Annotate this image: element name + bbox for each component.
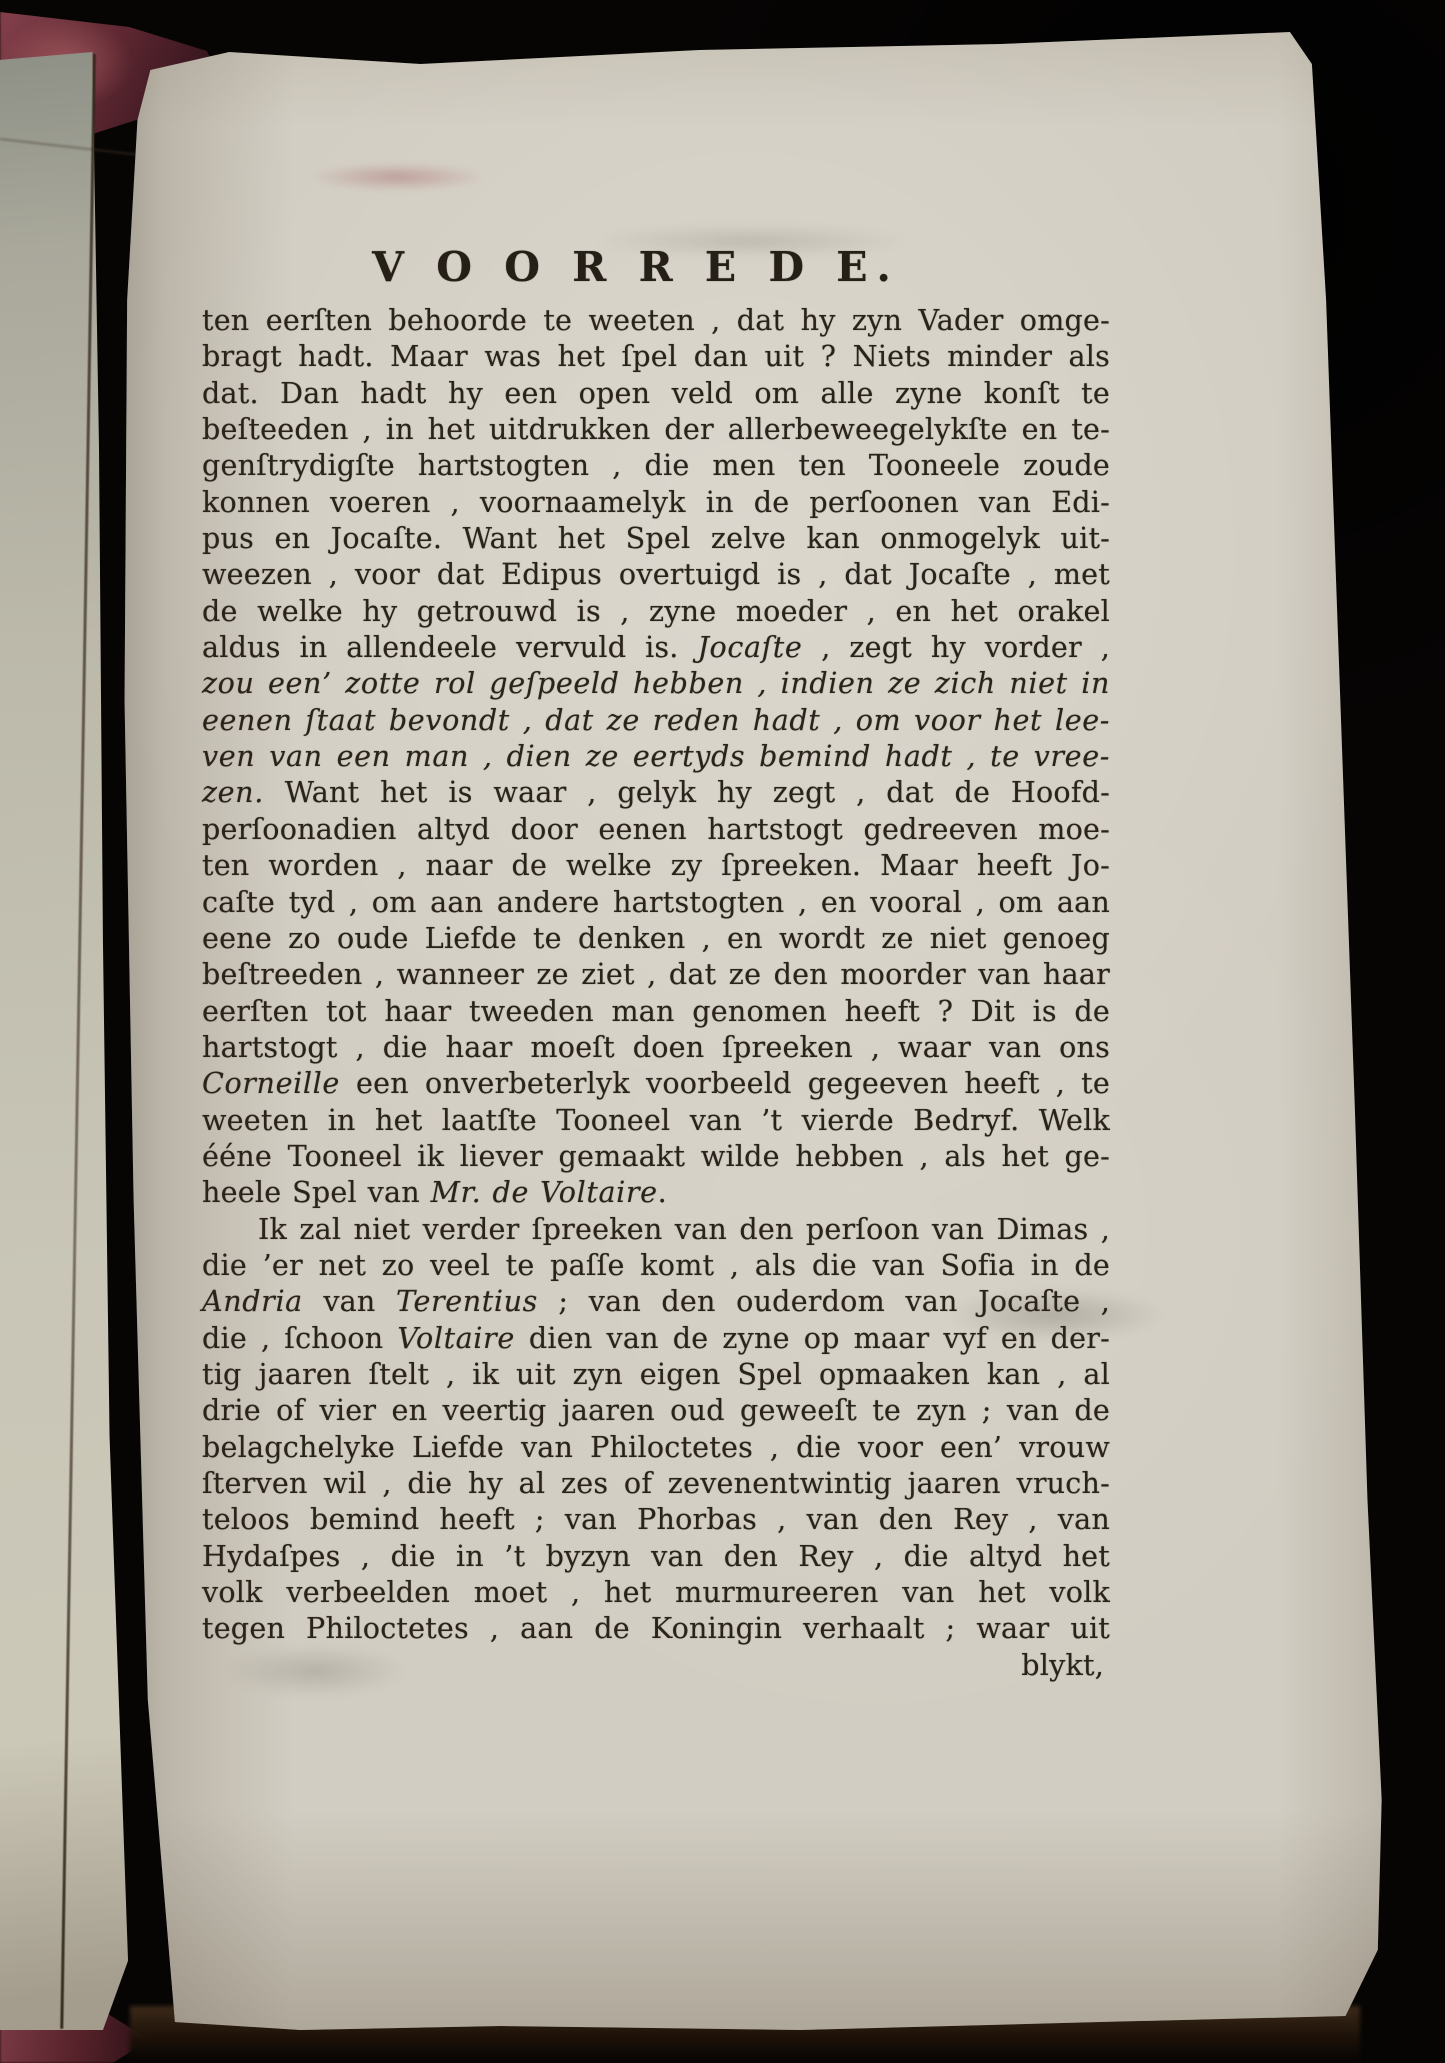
text-line: ten eerſten behoorde te weeten , dat hy …	[202, 302, 1110, 338]
text-segment: van	[303, 1284, 396, 1318]
text-line: ven van een man , dien ze eertyds bemind…	[202, 738, 1110, 774]
text-line: konnen voeren , voornaamelyk in de perſo…	[202, 484, 1110, 520]
italic-text-segment: Jocaſte	[697, 630, 802, 664]
text-segment: blykt,	[1021, 1648, 1104, 1682]
text-segment: perſoonadien altyd door eenen hartstogt …	[202, 812, 1110, 846]
italic-text-segment: eenen ſtaat bevondt , dat ze reden hadt …	[202, 703, 1110, 737]
text-segment: de welke hy getrouwd is , zyne moeder , …	[202, 594, 1110, 628]
text-line: tegen Philoctetes , aan de Koningin verh…	[202, 1610, 1110, 1646]
text-segment: genſtrydigſte hartstogten , die men ten …	[202, 448, 1110, 482]
text-segment: teloos bemind heeft ; van Phorbas , van …	[202, 1502, 1110, 1536]
italic-text-segment: ven van een man , dien ze eertyds bemind…	[202, 739, 1110, 773]
text-line: Hydaſpes , die in ’t byzyn van den Rey ,…	[202, 1538, 1110, 1574]
text-segment: ; van den ouderdom van Jocaſte ,	[538, 1284, 1110, 1318]
text-line: heele Spel van Mr. de Voltaire.	[202, 1174, 1110, 1210]
text-line: eerſten tot haar tweeden man genomen hee…	[202, 993, 1110, 1029]
text-segment: ten worden , naar de welke zy ſpreeken. …	[202, 848, 1110, 882]
text-segment: ten eerſten behoorde te weeten , dat hy …	[202, 303, 1110, 337]
italic-text-segment: Mr. de Voltaire	[431, 1175, 658, 1209]
text-line: belagchelyke Liefde van Philoctetes , di…	[202, 1429, 1110, 1465]
italic-text-segment: zou een’ zotte rol geſpeeld hebben , ind…	[202, 666, 1110, 700]
text-line: beſtreeden , wanneer ze ziet , dat ze de…	[202, 956, 1110, 992]
text-segment: beſtreeden , wanneer ze ziet , dat ze de…	[202, 957, 1110, 991]
text-segment: een onverbeterlyk voorbeeld gegeeven hee…	[340, 1066, 1110, 1100]
page-title: V O O R R E D E.	[202, 244, 1070, 290]
italic-text-segment: Terentius	[396, 1284, 538, 1318]
text-line: dat. Dan hadt hy een open veld om alle z…	[202, 375, 1110, 411]
italic-text-segment: Andria	[202, 1284, 303, 1318]
text-segment: weeten in het laatſte Tooneel van ’t vie…	[202, 1103, 1110, 1137]
book-page: V O O R R E D E. ten eerſten behoorde te…	[100, 28, 1392, 2030]
text-segment: tegen Philoctetes , aan de Koningin verh…	[202, 1611, 1110, 1645]
text-segment: dien van de zyne op maar vyf en der-	[515, 1321, 1110, 1355]
text-line: pus en Jocaſte. Want het Spel zelve kan …	[202, 520, 1110, 556]
text-segment: ééne Tooneel ik liever gemaakt wilde heb…	[202, 1139, 1110, 1173]
text-segment: pus en Jocaſte. Want het Spel zelve kan …	[202, 521, 1110, 555]
text-line: die ’er net zo veel te paſſe komt , als …	[202, 1247, 1110, 1283]
italic-text-segment: Corneille	[202, 1066, 340, 1100]
text-line: drie of vier en veertig jaaren oud gewee…	[202, 1392, 1110, 1428]
text-segment: hartstogt , die haar moeſt doen ſpreeken…	[202, 1030, 1110, 1064]
text-line: genſtrydigſte hartstogten , die men ten …	[202, 447, 1110, 483]
text-segment: tig jaaren ſtelt , ik uit zyn eigen Spel…	[202, 1357, 1110, 1391]
text-line: aldus in allendeele vervuld is. Jocaſte …	[202, 629, 1110, 665]
text-segment: , zegt hy vorder ,	[802, 630, 1110, 664]
text-segment: .	[658, 1175, 667, 1209]
body-text: ten eerſten behoorde te weeten , dat hy …	[202, 302, 1110, 1683]
text-segment: Hydaſpes , die in ’t byzyn van den Rey ,…	[202, 1539, 1110, 1573]
text-segment: die , ſchoon	[202, 1321, 397, 1355]
text-line: beſteeden , in het uitdrukken der allerb…	[202, 411, 1110, 447]
text-segment: volk verbeelden moet , het murmureeren v…	[202, 1575, 1110, 1609]
text-line: Andria van Terentius ; van den ouderdom …	[202, 1283, 1110, 1319]
text-segment: Want het is waar , gelyk hy zegt , dat d…	[264, 775, 1110, 809]
italic-text-segment: Voltaire	[397, 1321, 514, 1355]
text-line: caſte tyd , om aan andere hartstogten , …	[202, 884, 1110, 920]
text-segment: weezen , voor dat Edipus overtuigd is , …	[202, 557, 1110, 591]
text-segment: heele Spel van	[202, 1175, 431, 1209]
text-segment: beſteeden , in het uitdrukken der allerb…	[202, 412, 1110, 446]
text-segment: ſterven wil , die hy al zes of zevenentw…	[202, 1466, 1110, 1500]
text-segment: bragt hadt. Maar was het ſpel dan uit ? …	[202, 339, 1110, 373]
text-line: eene zo oude Liefde te denken , en wordt…	[202, 920, 1110, 956]
text-line: ten worden , naar de welke zy ſpreeken. …	[202, 847, 1110, 883]
text-line: weezen , voor dat Edipus overtuigd is , …	[202, 556, 1110, 592]
text-segment: caſte tyd , om aan andere hartstogten , …	[202, 885, 1110, 919]
text-line: Ik zal niet verder ſpreeken van den perſ…	[202, 1211, 1110, 1247]
text-line: tig jaaren ſtelt , ik uit zyn eigen Spel…	[202, 1356, 1110, 1392]
text-segment: drie of vier en veertig jaaren oud gewee…	[202, 1393, 1110, 1427]
text-segment: dat. Dan hadt hy een open veld om alle z…	[202, 376, 1110, 410]
binding-color-offset-stain	[280, 158, 515, 196]
catchword: blykt,	[202, 1647, 1110, 1683]
text-segment: aldus in allendeele vervuld is.	[202, 630, 697, 664]
text-block: V O O R R E D E. ten eerſten behoorde te…	[202, 244, 1110, 1683]
text-segment: konnen voeren , voornaamelyk in de perſo…	[202, 485, 1110, 519]
text-line: die , ſchoon Voltaire dien van de zyne o…	[202, 1320, 1110, 1356]
text-line: zou een’ zotte rol geſpeeld hebben , ind…	[202, 665, 1110, 701]
text-line: eenen ſtaat bevondt , dat ze reden hadt …	[202, 702, 1110, 738]
text-segment: die ’er net zo veel te paſſe komt , als …	[202, 1248, 1110, 1282]
text-line: zen. Want het is waar , gelyk hy zegt , …	[202, 774, 1110, 810]
text-line: de welke hy getrouwd is , zyne moeder , …	[202, 593, 1110, 629]
book-photo: V O O R R E D E. ten eerſten behoorde te…	[0, 0, 1445, 2063]
text-segment: Ik zal niet verder ſpreeken van den perſ…	[258, 1212, 1110, 1246]
text-line: ééne Tooneel ik liever gemaakt wilde heb…	[202, 1138, 1110, 1174]
text-line: weeten in het laatſte Tooneel van ’t vie…	[202, 1102, 1110, 1138]
text-segment: eene zo oude Liefde te denken , en wordt…	[202, 921, 1110, 955]
text-line: perſoonadien altyd door eenen hartstogt …	[202, 811, 1110, 847]
text-segment: eerſten tot haar tweeden man genomen hee…	[202, 994, 1110, 1028]
text-segment: belagchelyke Liefde van Philoctetes , di…	[202, 1430, 1110, 1464]
text-line: bragt hadt. Maar was het ſpel dan uit ? …	[202, 338, 1110, 374]
text-line: volk verbeelden moet , het murmureeren v…	[202, 1574, 1110, 1610]
text-line: Corneille een onverbeterlyk voorbeeld ge…	[202, 1065, 1110, 1101]
italic-text-segment: zen.	[202, 775, 264, 809]
text-line: ſterven wil , die hy al zes of zevenentw…	[202, 1465, 1110, 1501]
text-line: teloos bemind heeft ; van Phorbas , van …	[202, 1501, 1110, 1537]
text-line: hartstogt , die haar moeſt doen ſpreeken…	[202, 1029, 1110, 1065]
